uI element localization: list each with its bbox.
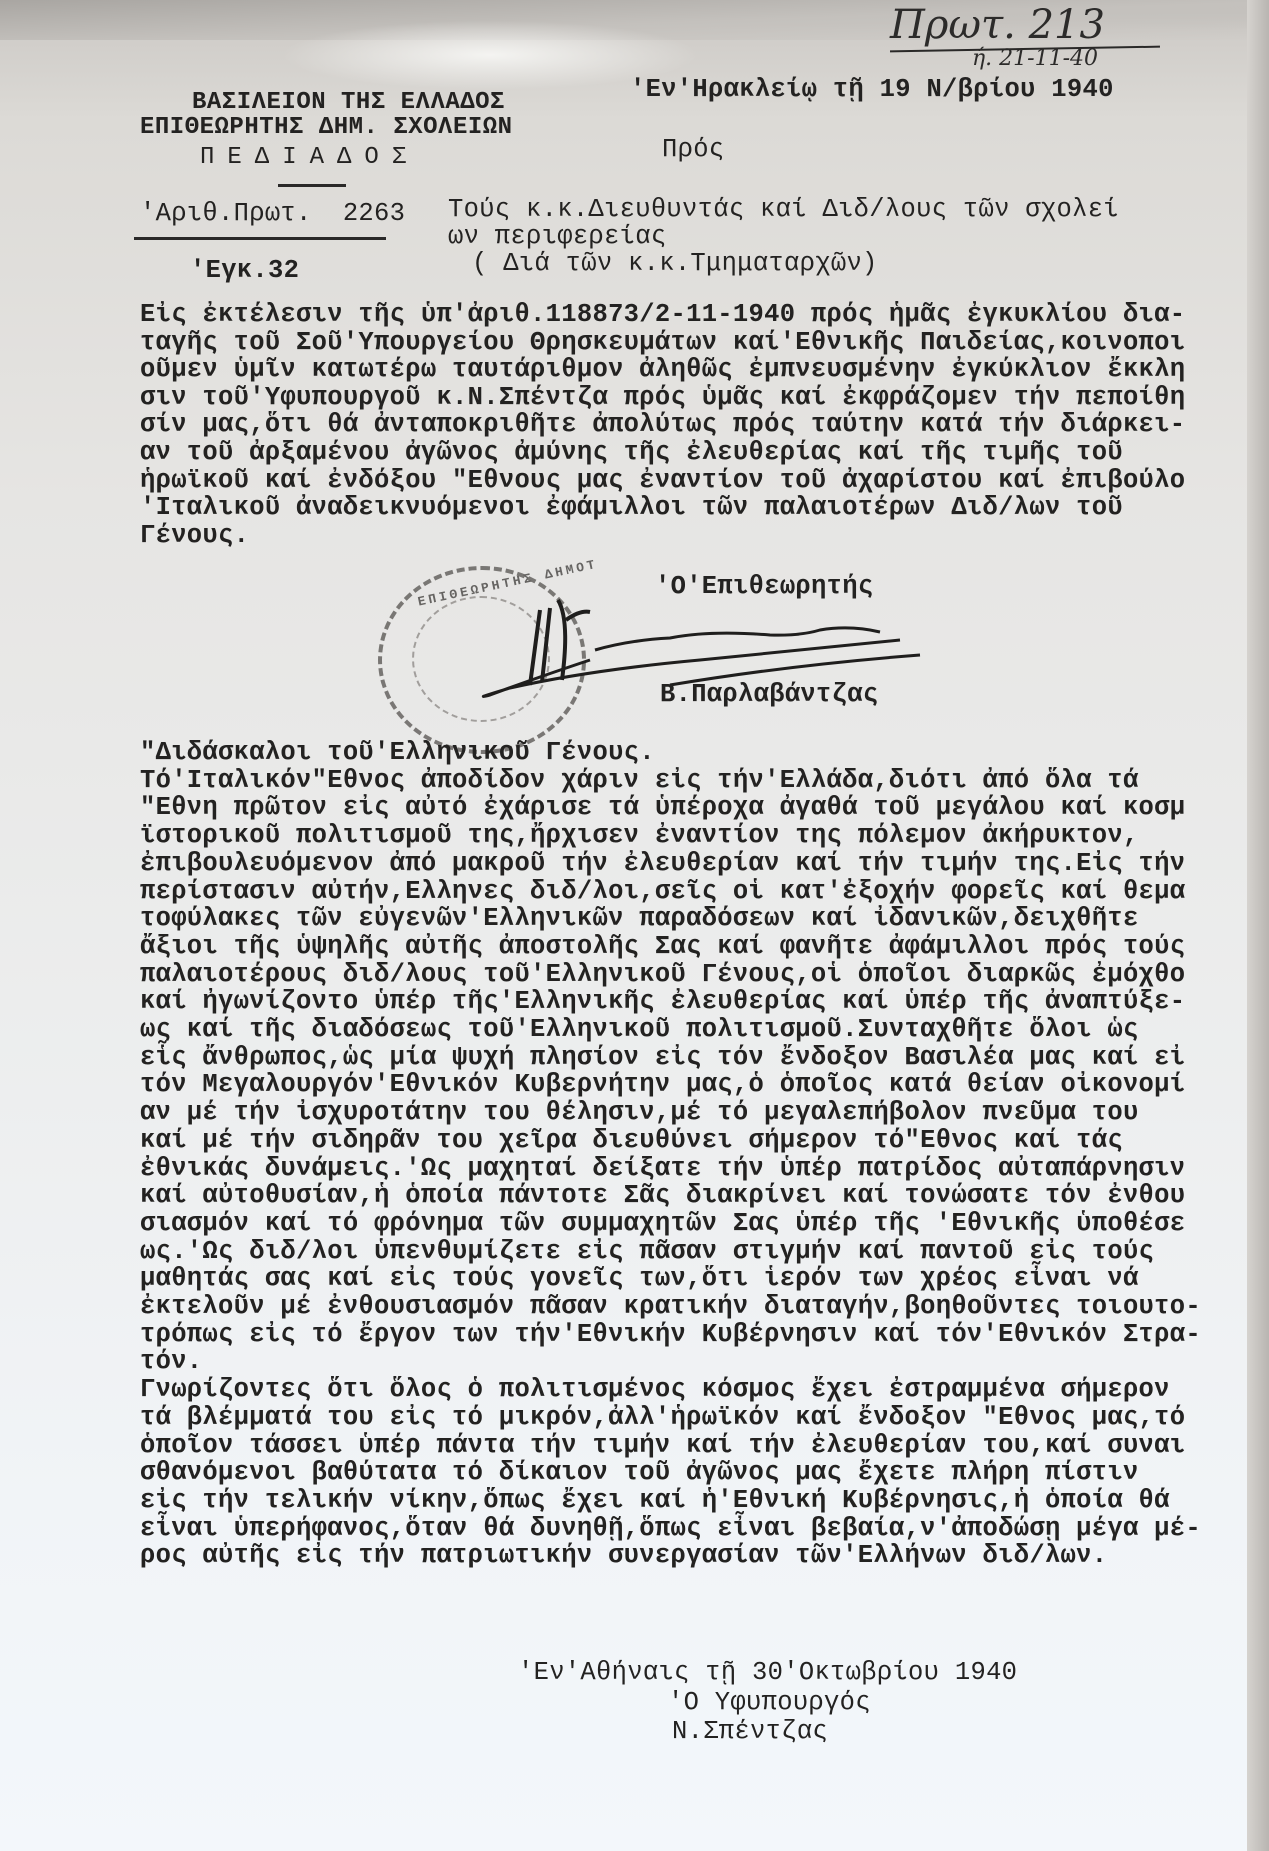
enclosure-number: 'Εγκ.32 bbox=[190, 256, 299, 286]
circular-line: εἰς τήν τελικήν νίκην,ὅπως ἔχει καί ἡ'Εθ… bbox=[140, 1486, 1170, 1516]
letterhead-region: ΠΕΔΙΑΔΟΣ bbox=[200, 143, 419, 173]
to-label: Πρός bbox=[662, 135, 724, 165]
cover-paragraph-line: 'Ιταλικοῦ ἀναδεικνυόμενοι ἐφάμιλλοι τῶν … bbox=[140, 493, 1123, 523]
cover-paragraph-line: Εἰς ἐκτέλεσιν τῆς ὑπ'ἀριθ.118873/2-11-19… bbox=[140, 300, 1185, 330]
cover-paragraph-line: ἡρωϊκοῦ καί ἐνδόξου "Εθνους μας ἐναντίον… bbox=[140, 466, 1185, 496]
recipients-line-1: Τούς κ.κ.Διευθυντάς καί Διδ/λους τῶν σχο… bbox=[448, 195, 1119, 225]
circular-line: ἐκτελοῦν μέ ἐνθουσιασμόν πᾶσαν κρατικήν … bbox=[140, 1292, 1201, 1322]
circular-line: εἶναι ὑπερήφανος,ὅταν θά δυνηθῇ,ὅπως εἶν… bbox=[140, 1514, 1201, 1544]
circular-line: τόν. bbox=[140, 1347, 202, 1377]
circular-line: μαθητάς σας καί εἰς τούς γονεῖς των,ὅτι … bbox=[140, 1264, 1139, 1294]
circular-line: τά βλέμματά του εἰς τό μικρόν,ἀλλ'ἡρωϊκό… bbox=[140, 1403, 1185, 1433]
circular-line: ως καί τῆς διαδόσεως τοῦ'Ελληνικοῦ πολιτ… bbox=[140, 1015, 1139, 1045]
protocol-underline bbox=[134, 237, 386, 240]
circular-line: "Διδάσκαλοι τοῦ'Ελληνικοῦ Γένους. bbox=[140, 738, 655, 768]
circular-line: καί αὐτοθυσίαν,ἡ ὁποία πάντοτε Σᾶς διακρ… bbox=[140, 1181, 1185, 1211]
circular-line: τοφύλακες τῶν εὐγενῶν'Ελληνικῶν παραδόσε… bbox=[140, 904, 1139, 934]
circular-line: Γνωρίζοντες ὅτι ὅλος ὁ πολιτισμένος κόσμ… bbox=[140, 1375, 1170, 1405]
handwritten-protocol-note: Πρωτ. 213 bbox=[890, 2, 1105, 48]
cover-paragraph-line: σίν μας,ὅτι θά ἀνταποκριθῆτε ἀπολύτως πρ… bbox=[140, 410, 1185, 440]
letterhead-inspector: ΕΠΙΘΕΩΡΗΤΗΣ ΔΗΜ. ΣΧΟΛΕΙΩΝ bbox=[140, 113, 513, 143]
cover-paragraph-line: ταγῆς τοῦ Σοῦ'Υπουργείου Θρησκευμάτων κα… bbox=[140, 328, 1185, 358]
circular-line: σιασμόν καί τό φρόνημα τῶν συμμαχητῶν Σα… bbox=[140, 1209, 1185, 1239]
signatory-name: Β.Παρλαβάντζας bbox=[660, 680, 878, 710]
cover-paragraph-line: αν τοῦ ἀρξαμένου ἀγῶνος ἀμύνης τῆς ἐλευθ… bbox=[140, 438, 1123, 468]
circular-line: ὁποῖον τάσσει ὑπέρ πάντα τήν τιμήν καί τ… bbox=[140, 1431, 1185, 1461]
circular-line: παλαιοτέρους διδ/λους τοῦ'Ελληνικοῦ Γένο… bbox=[140, 960, 1185, 990]
circular-line: ἄξιοι τῆς ὑψηλῆς αὐτῆς ἀποστολῆς Σας καί… bbox=[140, 932, 1185, 962]
circular-line: περίστασιν αὐτήν,Ελληνες διδ/λοι,σεῖς οἱ… bbox=[140, 877, 1185, 907]
circular-line: αν μέ τήν ἰσχυροτάτην του θέλησιν,μέ τό … bbox=[140, 1098, 1139, 1128]
circular-line: καί μέ τήν σιδηρᾶν του χεῖρα διευθύνει σ… bbox=[140, 1126, 1123, 1156]
circular-line: τρόπως εἰς τό ἔργον των τήν'Εθνικήν Κυβέ… bbox=[140, 1320, 1201, 1350]
closing-place-date: 'Εν'Αθήναις τῇ 30'Οκτωβρίου 1940 bbox=[518, 1658, 1017, 1688]
closing-title: 'Ο Υφυπουργός bbox=[668, 1688, 871, 1718]
circular-line: ως.'Ως διδ/λοι ὑπενθυμίζετε εἰς πᾶσαν στ… bbox=[140, 1237, 1154, 1267]
circular-line: καί ἠγωνίζοντο ὑπέρ τῆς'Ελληνικῆς ἐλευθε… bbox=[140, 987, 1185, 1017]
circular-line: τόν Μεγαλουργόν'Εθνικόν Κυβερνήτην μας,ὁ… bbox=[140, 1070, 1185, 1100]
recipients-line-3: ( Διά τῶν κ.κ.Τμηματαρχῶν) bbox=[472, 249, 878, 279]
circular-line: "Εθνη πρῶτον εἰς αὐτό ἐχάρισε τά ὑπέροχα… bbox=[140, 793, 1185, 823]
cover-paragraph-line: οῦμεν ὑμῖν κατωτέρω ταυτάριθμον ἀληθῶς ἐ… bbox=[140, 355, 1185, 385]
circular-line: εἷς ἄνθρωπος,ὡς μία ψυχή πλησίον εἰς τόν… bbox=[140, 1043, 1185, 1073]
place-date: 'Εν'Ηρακλείῳ τῇ 19 Ν/βρίου 1940 bbox=[630, 75, 1114, 105]
circular-line: ἐπιβουλευόμενον ἀπό μακροῦ τήν ἐλευθερία… bbox=[140, 849, 1185, 879]
cover-paragraph-line: Γένους. bbox=[140, 521, 249, 551]
circular-line: Τό'Ιταλικόν"Εθνος ἀποδίδον χάριν εἰς τήν… bbox=[140, 766, 1139, 796]
page-edge bbox=[1247, 0, 1269, 1851]
cover-paragraph-line: σιν τοῦ'Υφυπουργοῦ κ.Ν.Σπέντζα πρός ὑμᾶς… bbox=[140, 383, 1185, 413]
handwritten-date-note: ή. 21-11-40 bbox=[972, 46, 1098, 71]
protocol-number: 'Αριθ.Πρωτ. 2263 bbox=[140, 199, 405, 229]
circular-line: ἐθνικάς δυνάμεις.'Ως μαχηταί δείξατε τήν… bbox=[140, 1154, 1185, 1184]
circular-line: ϊστορικοῦ πολιτισμοῦ της,ἤρχισεν ἐναντίο… bbox=[140, 821, 1139, 851]
letterhead-underline bbox=[278, 184, 346, 187]
recipients-line-2: ων περιφερείας bbox=[448, 222, 666, 252]
circular-line: ρος αὐτῆς εἰς τήν πατριωτικήν συνεργασία… bbox=[140, 1541, 1107, 1571]
closing-name: Ν.Σπέντζας bbox=[672, 1717, 828, 1747]
circular-line: σθανόμενοι βαθύτατα τό δίκαιον τοῦ ἀγῶνο… bbox=[140, 1458, 1139, 1488]
